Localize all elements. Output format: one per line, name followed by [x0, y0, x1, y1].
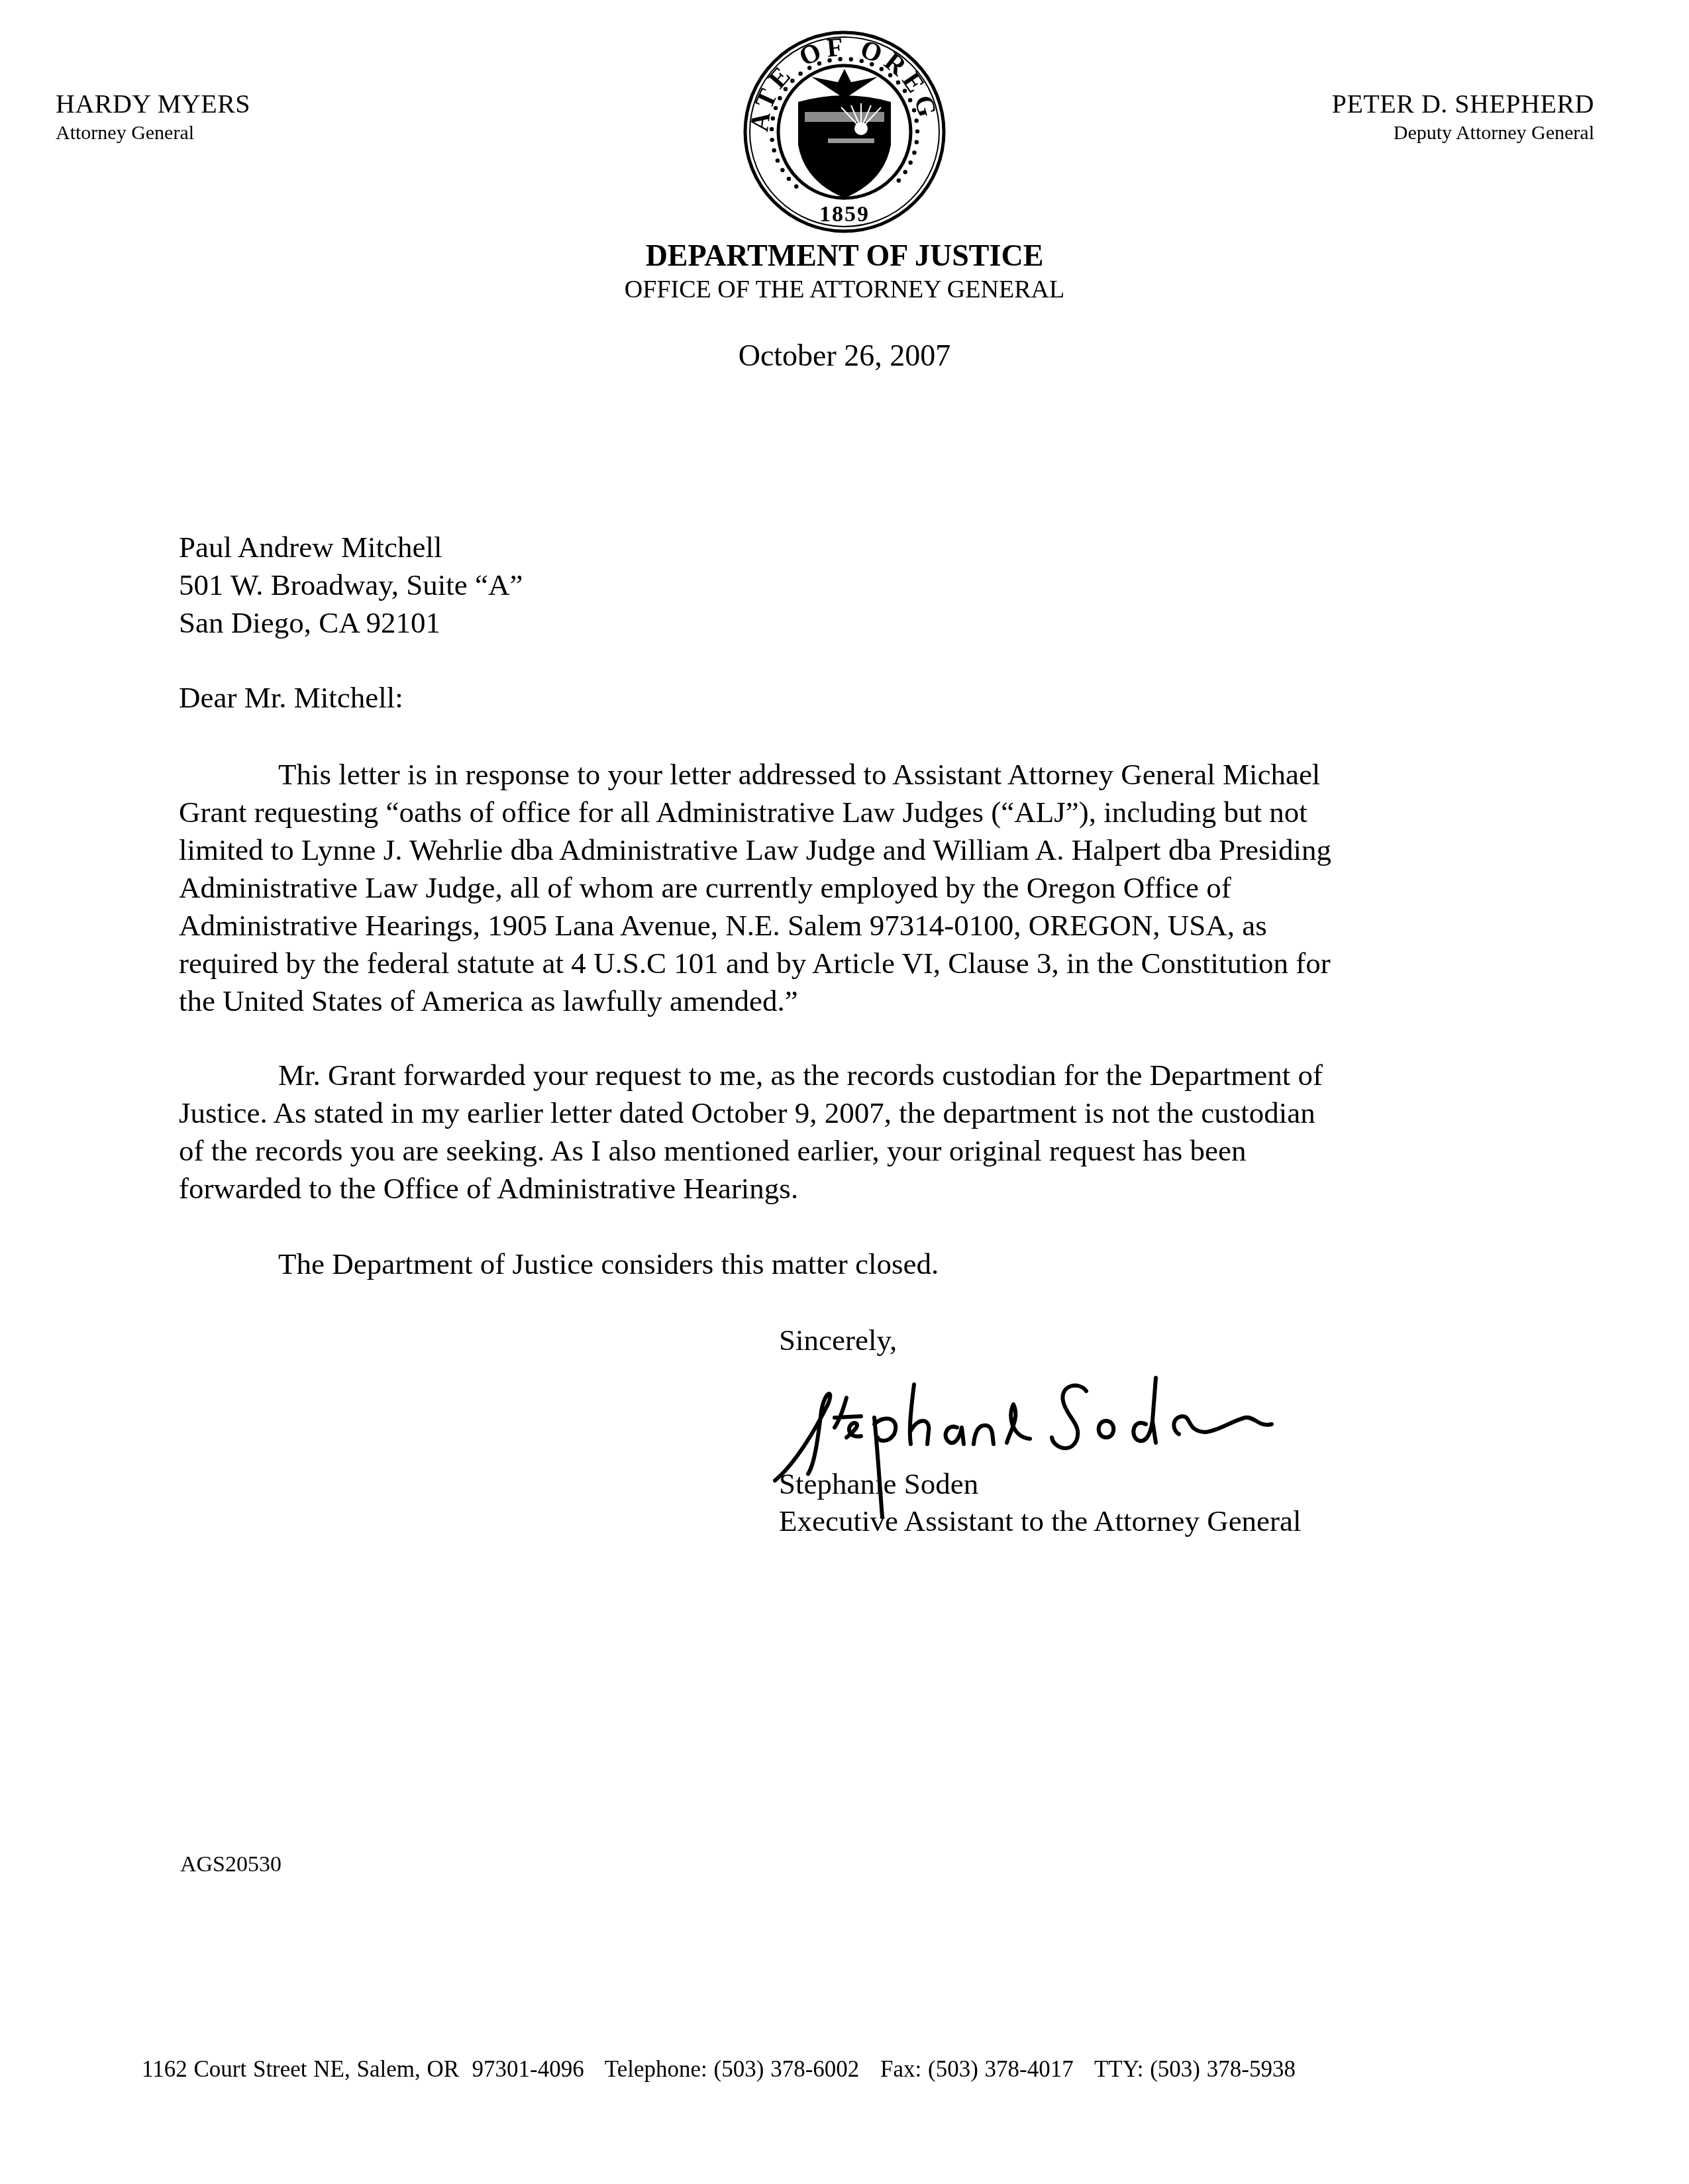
footer-address: 1162 Court Street NE, Salem, OR 97301-40… — [142, 2056, 584, 2082]
signatory-title: Executive Assistant to the Attorney Gene… — [779, 1502, 1302, 1540]
paragraph-line: Grant requesting “oaths of office for al… — [179, 794, 1510, 831]
attorney-general-name: HARDY MYERS — [56, 88, 250, 119]
letterhead-right: PETER D. SHEPHERD Deputy Attorney Genera… — [1332, 88, 1594, 144]
closing: Sincerely, — [779, 1322, 897, 1359]
department-name: DEPARTMENT OF JUSTICE — [0, 237, 1689, 274]
paragraph-line: This letter is in response to your lette… — [179, 756, 1510, 794]
paragraph-line: the United States of America as lawfully… — [179, 982, 1510, 1020]
footer-tty: TTY: (503) 378-5938 — [1094, 2056, 1296, 2082]
body-paragraph-1: This letter is in response to your lette… — [179, 756, 1510, 1020]
letter-date: October 26, 2007 — [0, 338, 1689, 373]
paragraph-line: limited to Lynne J. Wehrlie dba Administ… — [179, 831, 1510, 869]
letterhead-footer: 1162 Court Street NE, Salem, OR 97301-40… — [142, 2056, 1310, 2083]
signatory-name: Stephanie Soden — [779, 1465, 978, 1503]
paragraph-line: Justice. As stated in my earlier letter … — [179, 1094, 1510, 1132]
paragraph-line: The Department of Justice considers this… — [278, 1245, 1610, 1283]
deputy-attorney-general-title: Deputy Attorney General — [1332, 122, 1594, 144]
department-heading: DEPARTMENT OF JUSTICE OFFICE OF THE ATTO… — [0, 237, 1689, 305]
footer-fax: Fax: (503) 378-4017 — [880, 2056, 1074, 2082]
footer-telephone: Telephone: (503) 378-6002 — [605, 2056, 859, 2082]
recipient-name: Paul Andrew Mitchell — [179, 529, 523, 566]
letterhead-left: HARDY MYERS Attorney General — [56, 88, 250, 144]
paragraph-line: Administrative Hearings, 1905 Lana Avenu… — [179, 907, 1510, 945]
paragraph-line: required by the federal statute at 4 U.S… — [179, 945, 1510, 982]
paragraph-line: forwarded to the Office of Administrativ… — [179, 1170, 1510, 1208]
state-of-oregon-seal-icon: STATE OF OREGON 1859 — [742, 29, 947, 234]
paragraph-line: Mr. Grant forwarded your request to me, … — [179, 1057, 1510, 1094]
recipient-street: 501 W. Broadway, Suite “A” — [179, 566, 523, 604]
office-name: OFFICE OF THE ATTORNEY GENERAL — [0, 274, 1689, 305]
body-paragraph-3: The Department of Justice considers this… — [278, 1245, 1610, 1283]
paragraph-line: Administrative Law Judge, all of whom ar… — [179, 869, 1510, 907]
paragraph-line: of the records you are seeking. As I als… — [179, 1132, 1510, 1170]
attorney-general-title: Attorney General — [56, 122, 250, 144]
reference-code: AGS20530 — [180, 1852, 281, 1877]
body-paragraph-2: Mr. Grant forwarded your request to me, … — [179, 1057, 1510, 1208]
svg-text:1859: 1859 — [819, 202, 870, 227]
salutation: Dear Mr. Mitchell: — [179, 679, 403, 717]
recipient-city: San Diego, CA 92101 — [179, 604, 523, 642]
recipient-address: Paul Andrew Mitchell 501 W. Broadway, Su… — [179, 529, 523, 642]
deputy-attorney-general-name: PETER D. SHEPHERD — [1332, 88, 1594, 119]
